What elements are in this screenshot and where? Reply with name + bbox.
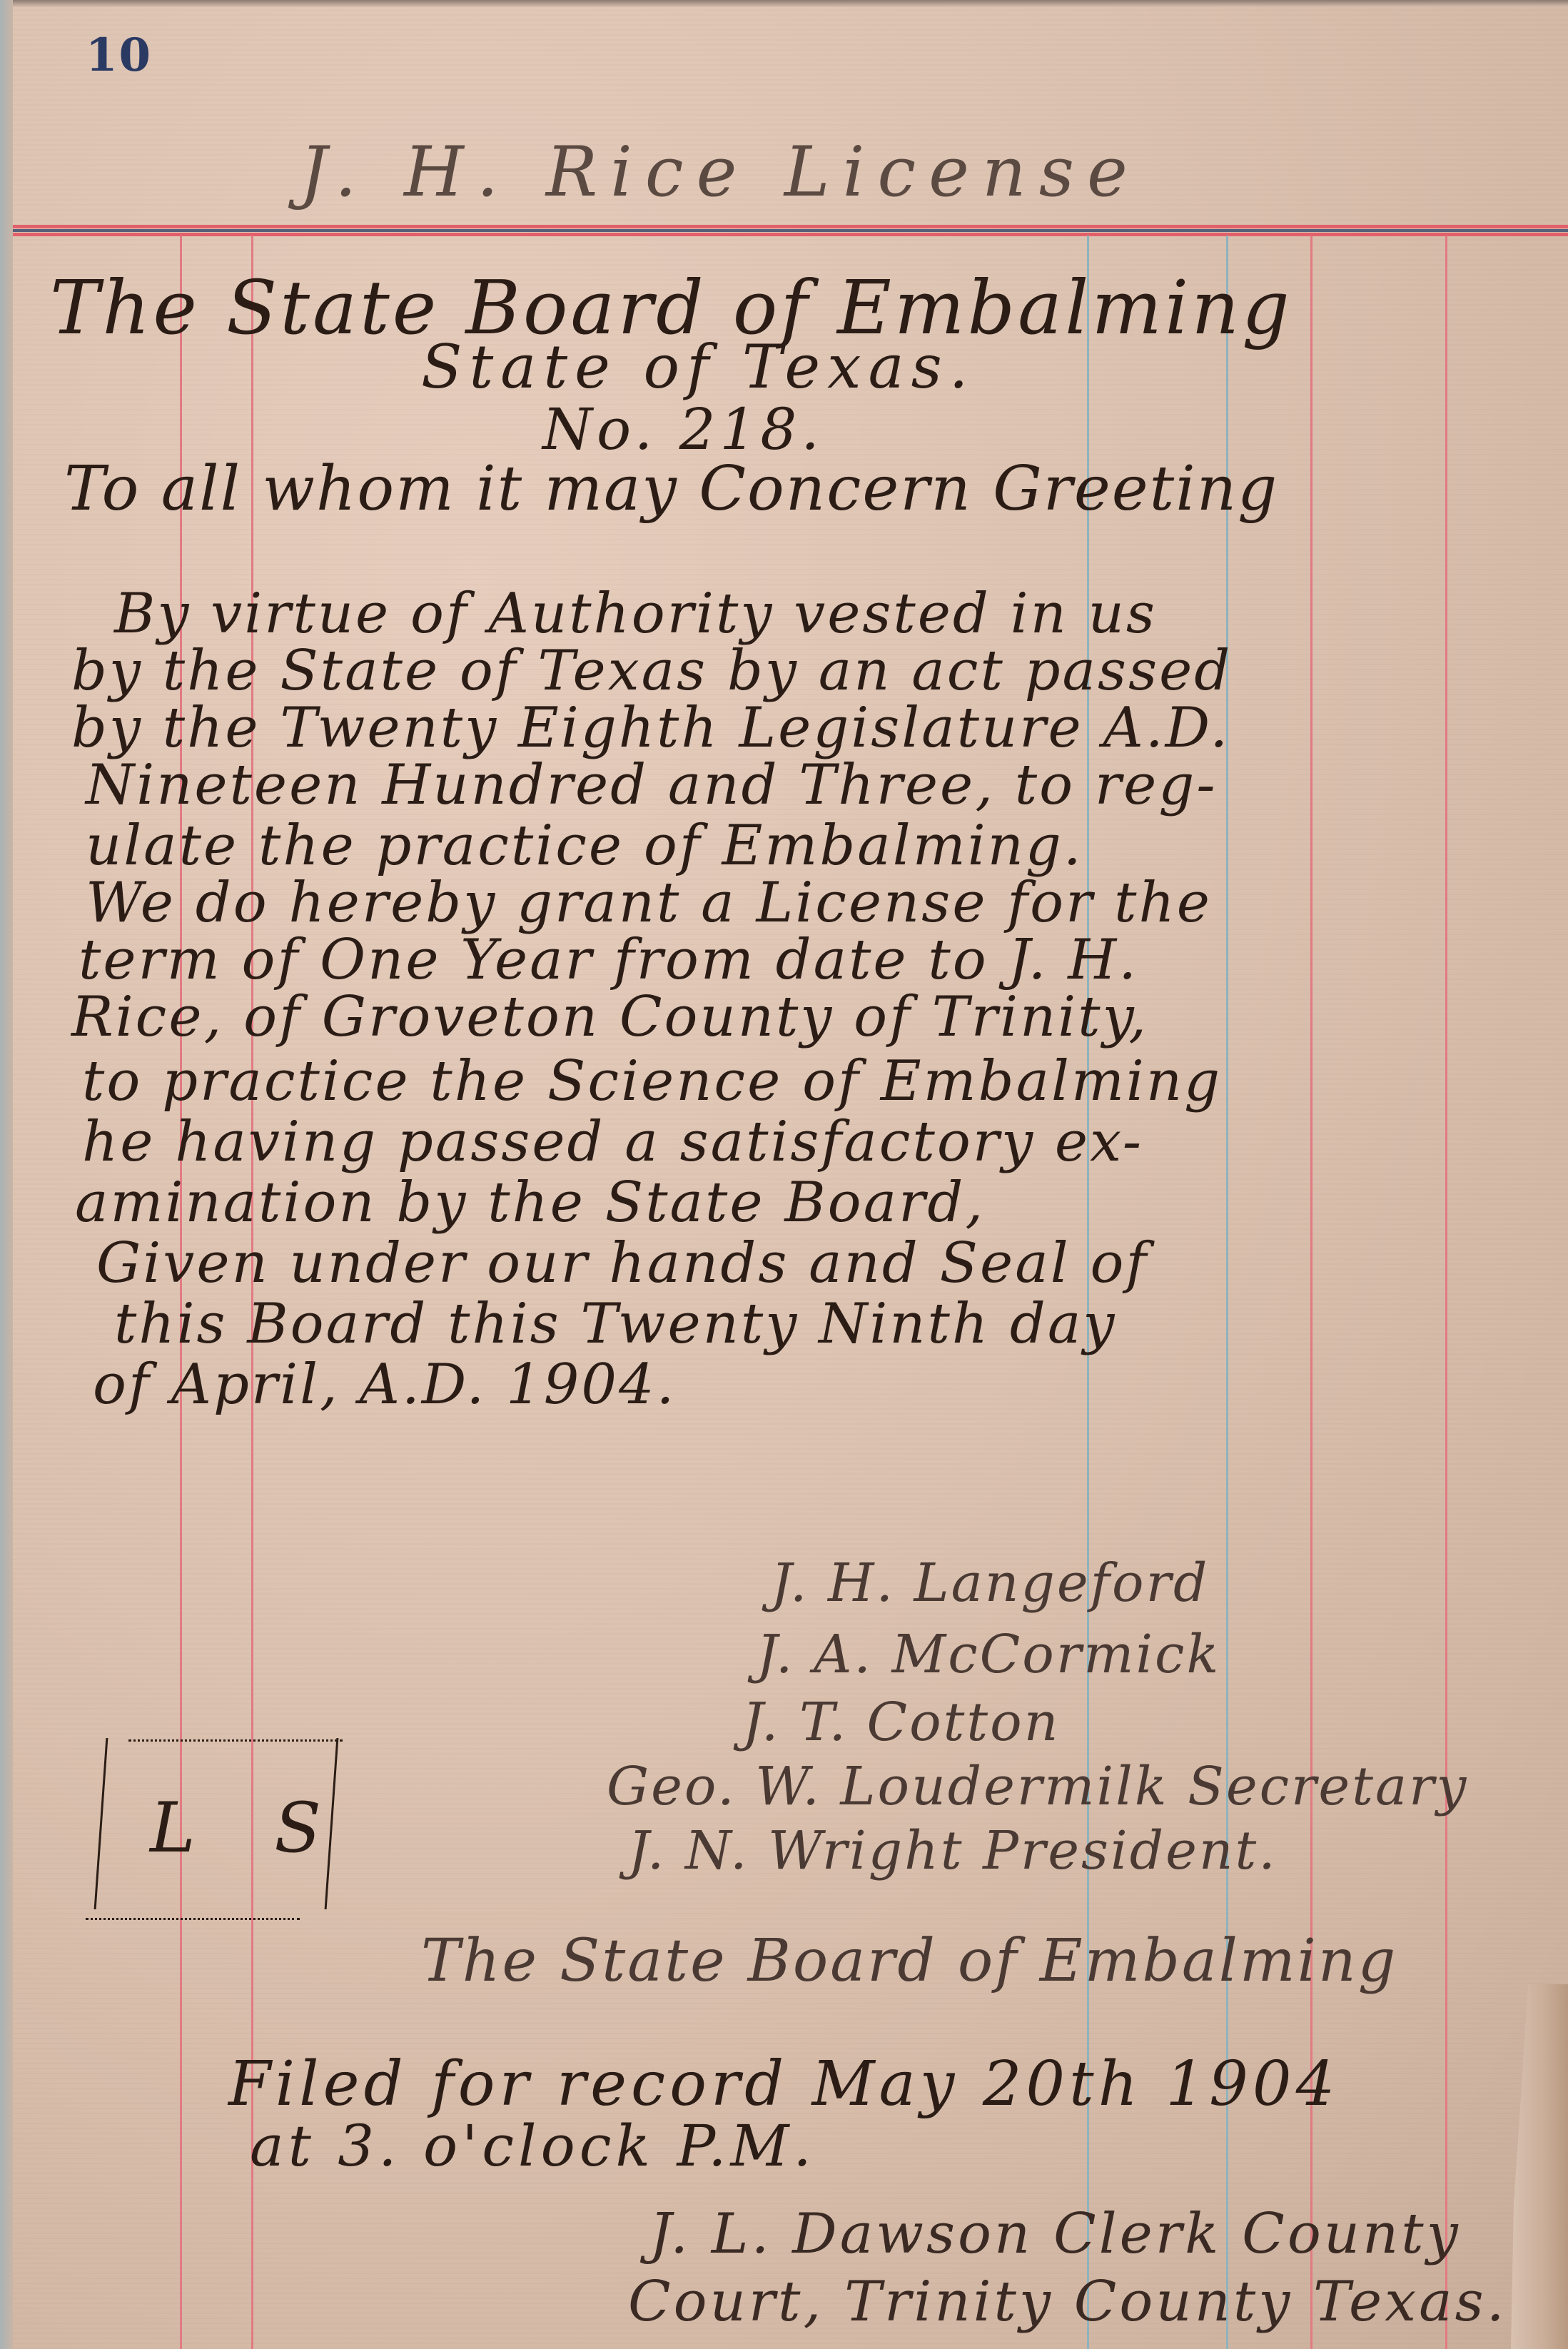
body-line: by the State of Texas by an act passed bbox=[71, 639, 1232, 703]
filed-time-line: at 3. o'clock P.M. bbox=[250, 2113, 816, 2179]
filed-for-record-line: Filed for record May 20th 1904 bbox=[228, 2049, 1339, 2120]
body-line: term of One Year from date to J. H. bbox=[79, 928, 1138, 992]
signature-secretary: Geo. W. Loudermilk Secretary bbox=[607, 1756, 1468, 1817]
entry-heading: J. H. Rice License bbox=[300, 132, 1140, 212]
body-line: Rice, of Groveton County of Trinity, bbox=[71, 985, 1148, 1049]
body-line: he having passed a satisfactory ex- bbox=[82, 1110, 1143, 1174]
page-left-edge bbox=[0, 0, 13, 2349]
clerk-signature-line: J. L. Dawson Clerk County bbox=[649, 2202, 1461, 2266]
column-rule-blue-2 bbox=[1226, 236, 1228, 2349]
column-rule-red-2 bbox=[1445, 236, 1447, 2349]
body-line: Nineteen Hundred and Three, to reg- bbox=[86, 753, 1218, 817]
board-name-footer: The State Board of Embalming bbox=[421, 1927, 1397, 1995]
header-rule-red-bottom bbox=[13, 233, 1568, 236]
body-line: this Board this Twenty Ninth day bbox=[114, 1292, 1116, 1356]
body-line: By virtue of Authority vested in us bbox=[114, 582, 1157, 646]
clerk-court-line: Court, Trinity County Texas. bbox=[628, 2270, 1507, 2334]
page-number: 10 bbox=[86, 29, 152, 82]
header-rule-red-top bbox=[13, 225, 1568, 228]
page-top-edge bbox=[0, 0, 1568, 7]
body-line: Given under our hands and Seal of bbox=[96, 1231, 1148, 1295]
seal-text: L S bbox=[150, 1788, 350, 1868]
seal-box: L S bbox=[86, 1709, 357, 1938]
greeting-line: To all whom it may Concern Greeting bbox=[64, 453, 1278, 525]
column-rule-red-1 bbox=[1310, 236, 1312, 2349]
signature-langeford: J. H. Langeford bbox=[771, 1552, 1209, 1614]
body-line: amination by the State Board, bbox=[75, 1171, 985, 1235]
header-rule-blue bbox=[13, 229, 1568, 232]
body-line: by the Twenty Eighth Legislature A.D. bbox=[71, 696, 1230, 760]
signature-president: J. N. Wright President. bbox=[628, 1820, 1278, 1881]
ledger-page: 10 J. H. Rice License The State Board of… bbox=[0, 0, 1568, 2349]
state-line: State of Texas. bbox=[421, 332, 975, 402]
body-line: to practice the Science of Embalming bbox=[82, 1049, 1222, 1113]
body-line: ulate the practice of Embalming. bbox=[86, 814, 1083, 878]
signature-mccormick: J. A. McCormick bbox=[757, 1624, 1220, 1685]
seal-scallop-bottom bbox=[86, 1908, 300, 1920]
torn-page-edge bbox=[1511, 1984, 1568, 2349]
body-line: We do hereby grant a License for the bbox=[86, 871, 1212, 935]
body-line: of April, A.D. 1904. bbox=[93, 1353, 676, 1417]
signature-cotton: J. T. Cotton bbox=[742, 1692, 1060, 1753]
